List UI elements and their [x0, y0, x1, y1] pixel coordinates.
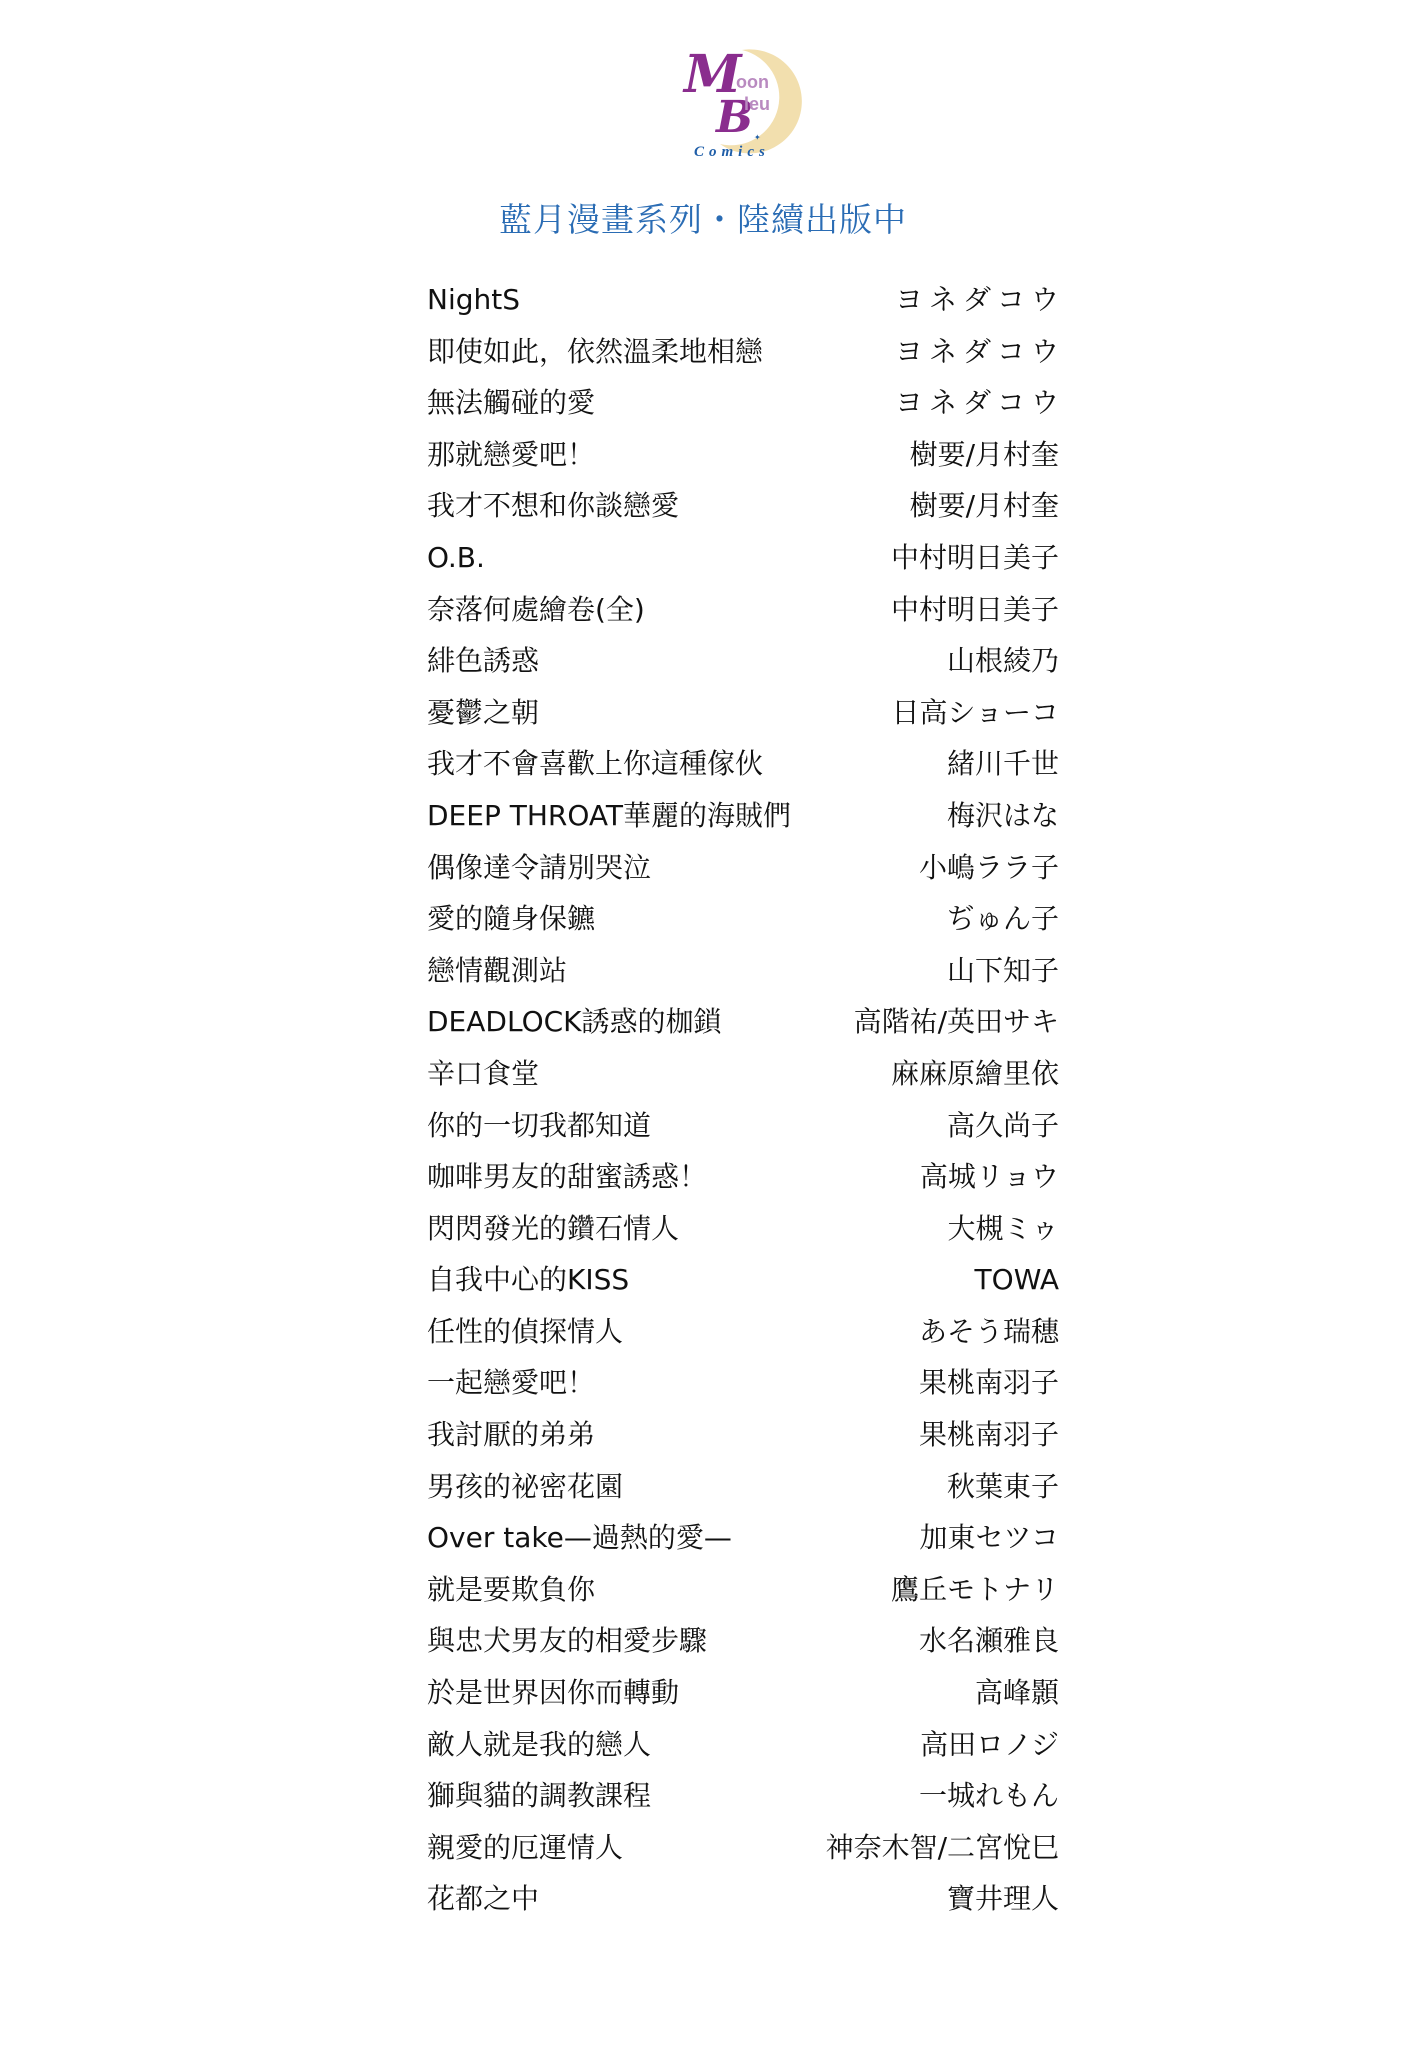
page-title: 藍月漫畫系列・陸續出版中 [0, 198, 1406, 242]
book-author: 一城れもん [919, 1770, 1059, 1822]
list-item: 你的一切我都知道高久尚子 [427, 1100, 1059, 1152]
list-item: 自我中心的KISSTOWA [427, 1254, 1059, 1306]
book-title: DEEP THROAT華麗的海賊們 [427, 790, 791, 842]
list-item: 一起戀愛吧！果桃南羽子 [427, 1357, 1059, 1409]
book-author: 高峰顥 [975, 1667, 1059, 1719]
book-title: 咖啡男友的甜蜜誘惑！ [427, 1151, 707, 1203]
list-item: 辛口食堂麻麻原繪里依 [427, 1048, 1059, 1100]
list-item: 男孩的祕密花園秋葉東子 [427, 1461, 1059, 1513]
book-author: 中村明日美子 [891, 584, 1059, 636]
logo-comics: Comics [694, 144, 770, 160]
book-title: 你的一切我都知道 [427, 1100, 651, 1152]
list-item: 敵人就是我的戀人高田ロノジ [427, 1719, 1059, 1771]
book-author: 高田ロノジ [920, 1719, 1059, 1771]
book-title: 我才不想和你談戀愛 [427, 480, 679, 532]
list-item: 親愛的厄運情人神奈木智/二宮悅巳 [427, 1822, 1059, 1874]
book-title: 我才不會喜歡上你這種傢伙 [427, 738, 763, 790]
list-item: 就是要欺負你鷹丘モトナリ [427, 1564, 1059, 1616]
book-title: 無法觸碰的愛 [427, 377, 595, 429]
book-author: 高階祐/英田サキ [854, 996, 1059, 1048]
book-author: 寶井理人 [947, 1873, 1059, 1925]
book-author: 果桃南羽子 [919, 1357, 1059, 1409]
book-author: 緒川千世 [947, 738, 1059, 790]
book-author: ぢゅん子 [947, 893, 1059, 945]
book-title: 男孩的祕密花園 [427, 1461, 623, 1513]
list-item: NightSヨネダコウ [427, 274, 1059, 326]
book-author: 加東セツコ [920, 1512, 1059, 1564]
book-author: 水名瀬雅良 [919, 1615, 1059, 1667]
book-title: 戀情觀測站 [427, 945, 567, 997]
book-list: NightSヨネダコウ 即使如此，依然溫柔地相戀ヨネダコウ 無法觸碰的愛ヨネダコ… [427, 274, 1059, 1925]
moon-bleu-comics-logo: M oon B leu Comics ✦ [680, 44, 810, 164]
book-author: 日高ショーコ [892, 687, 1059, 739]
logo-oon: oon [736, 72, 769, 92]
book-author: TOWA [975, 1254, 1059, 1306]
book-title: 緋色誘惑 [427, 635, 539, 687]
book-title: 一起戀愛吧！ [427, 1357, 595, 1409]
list-item: 我才不會喜歡上你這種傢伙緒川千世 [427, 738, 1059, 790]
book-title: 自我中心的KISS [427, 1254, 629, 1306]
list-item: 咖啡男友的甜蜜誘惑！高城リョウ [427, 1151, 1059, 1203]
book-title: 奈落何處繪卷(全) [427, 584, 645, 636]
list-item: 於是世界因你而轉動高峰顥 [427, 1667, 1059, 1719]
list-item: 緋色誘惑山根綾乃 [427, 635, 1059, 687]
list-item: Over take—過熱的愛—加東セツコ [427, 1512, 1059, 1564]
book-title: O.B. [427, 532, 485, 584]
book-author: 樹要/月村奎 [910, 429, 1059, 481]
book-title: 我討厭的弟弟 [427, 1409, 595, 1461]
book-title: 閃閃發光的鑽石情人 [427, 1203, 679, 1255]
book-author: 大槻ミゥ [948, 1203, 1059, 1255]
list-item: DEADLOCK誘惑的枷鎖高階祐/英田サキ [427, 996, 1059, 1048]
list-item: 無法觸碰的愛ヨネダコウ [427, 377, 1059, 429]
list-item: 獅與貓的調教課程一城れもん [427, 1770, 1059, 1822]
book-author: あそう瑞穗 [919, 1306, 1059, 1358]
book-title: 憂鬱之朝 [427, 687, 539, 739]
list-item: 花都之中寶井理人 [427, 1873, 1059, 1925]
list-item: O.B.中村明日美子 [427, 532, 1059, 584]
book-title: 辛口食堂 [427, 1048, 539, 1100]
book-title: 花都之中 [427, 1873, 539, 1925]
book-author: ヨネダコウ [895, 377, 1065, 429]
list-item: 閃閃發光的鑽石情人大槻ミゥ [427, 1203, 1059, 1255]
list-item: 與忠犬男友的相愛步驟水名瀬雅良 [427, 1615, 1059, 1667]
book-title: 任性的偵探情人 [427, 1306, 623, 1358]
list-item: 偶像達令請別哭泣小嶋ララ子 [427, 842, 1059, 894]
book-author: 秋葉東子 [947, 1461, 1059, 1513]
book-author: 神奈木智/二宮悅巳 [826, 1822, 1059, 1874]
book-title: 愛的隨身保鑣 [427, 893, 595, 945]
book-author: 中村明日美子 [891, 532, 1059, 584]
book-title: 那就戀愛吧！ [427, 429, 595, 481]
crescent-moon-icon: M oon B leu Comics ✦ [680, 44, 810, 164]
book-title: 即使如此，依然溫柔地相戀 [427, 326, 763, 378]
book-title: NightS [427, 274, 520, 326]
book-author: 高久尚子 [947, 1100, 1059, 1152]
list-item: 任性的偵探情人あそう瑞穗 [427, 1306, 1059, 1358]
book-author: 高城リョウ [920, 1151, 1059, 1203]
list-item: 那就戀愛吧！樹要/月村奎 [427, 429, 1059, 481]
list-item: 我討厭的弟弟果桃南羽子 [427, 1409, 1059, 1461]
list-item: 愛的隨身保鑣ぢゅん子 [427, 893, 1059, 945]
book-title: 親愛的厄運情人 [427, 1822, 623, 1874]
star-icon: ✦ [754, 133, 761, 142]
book-title: 獅與貓的調教課程 [427, 1770, 651, 1822]
logo-leu: leu [744, 94, 770, 114]
book-title: Over take—過熱的愛— [427, 1512, 732, 1564]
list-item: 憂鬱之朝日高ショーコ [427, 687, 1059, 739]
book-title: 敵人就是我的戀人 [427, 1719, 651, 1771]
book-author: ヨネダコウ [895, 326, 1065, 378]
book-title: 就是要欺負你 [427, 1564, 595, 1616]
book-title: DEADLOCK誘惑的枷鎖 [427, 996, 722, 1048]
book-author: 梅沢はな [947, 790, 1059, 842]
book-author: 小嶋ララ子 [919, 842, 1059, 894]
book-author: 樹要/月村奎 [910, 480, 1059, 532]
book-author: 山根綾乃 [947, 635, 1059, 687]
list-item: 戀情觀測站山下知子 [427, 945, 1059, 997]
book-title: 與忠犬男友的相愛步驟 [427, 1615, 707, 1667]
book-author: 麻麻原繪里依 [891, 1048, 1059, 1100]
book-author: 鷹丘モトナリ [891, 1564, 1059, 1616]
book-title: 於是世界因你而轉動 [427, 1667, 679, 1719]
book-author: 山下知子 [947, 945, 1059, 997]
book-author: 果桃南羽子 [919, 1409, 1059, 1461]
list-item: 奈落何處繪卷(全)中村明日美子 [427, 584, 1059, 636]
book-author: ヨネダコウ [895, 274, 1065, 326]
list-item: DEEP THROAT華麗的海賊們梅沢はな [427, 790, 1059, 842]
list-item: 即使如此，依然溫柔地相戀ヨネダコウ [427, 326, 1059, 378]
book-title: 偶像達令請別哭泣 [427, 842, 651, 894]
list-item: 我才不想和你談戀愛樹要/月村奎 [427, 480, 1059, 532]
